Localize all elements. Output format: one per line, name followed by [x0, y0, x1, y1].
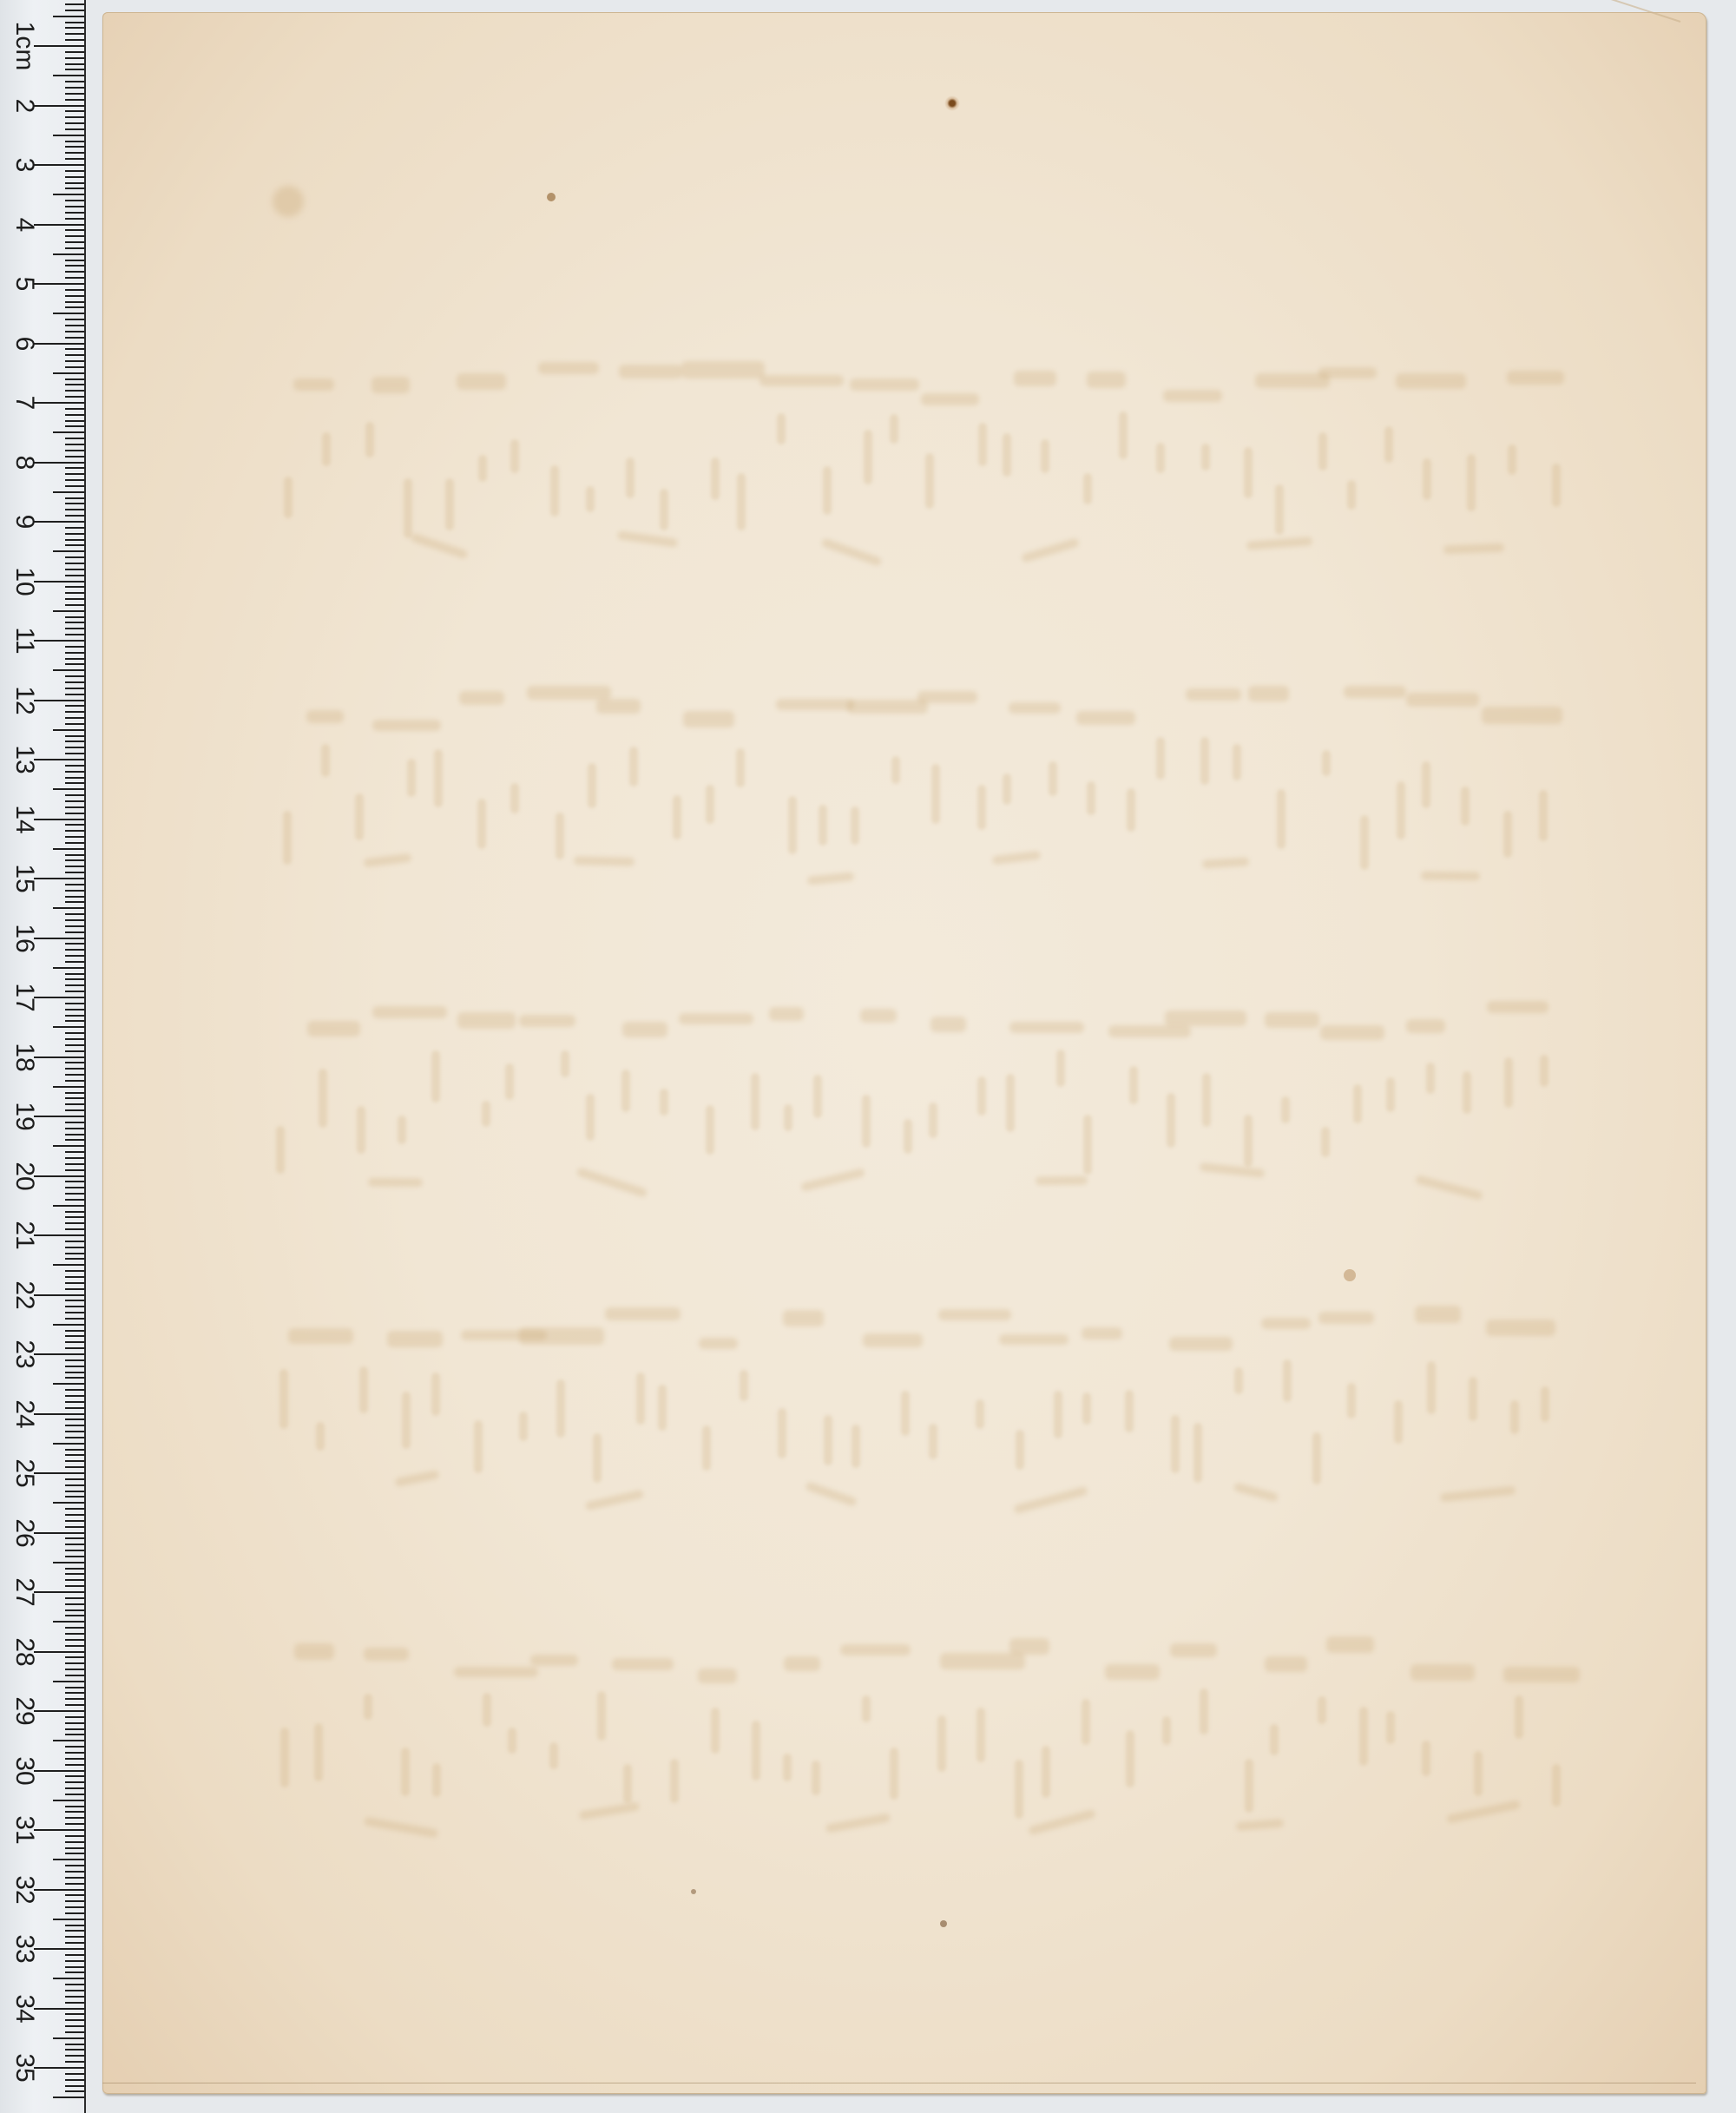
showthrough-note: [1539, 790, 1548, 840]
ruler-number: 3: [7, 148, 42, 182]
ruler-tick: [65, 1662, 84, 1664]
ruler-tick: [65, 241, 84, 243]
showthrough-beam: [387, 1331, 443, 1347]
ruler-number: 17: [7, 980, 42, 1015]
ruler-tick: [65, 622, 84, 623]
ruler-tick: [65, 694, 84, 695]
showthrough-note: [1322, 750, 1331, 776]
ruler-tick: [65, 473, 84, 475]
ruler-tick: [65, 782, 84, 784]
ruler-tick: [65, 1823, 84, 1825]
ruler-tick: [53, 848, 84, 850]
showthrough-note: [1082, 1392, 1091, 1425]
ruler-tick: [65, 1894, 84, 1896]
showthrough-note: [434, 749, 443, 807]
ruler-tick: [65, 1520, 84, 1522]
ruler-tick: [65, 1478, 84, 1480]
showthrough-note: [929, 1103, 937, 1139]
showthrough-slur: [411, 533, 470, 560]
showthrough-note: [1049, 761, 1057, 796]
stain-spot: [273, 186, 304, 217]
ruler-number: 29: [7, 1694, 42, 1728]
ruler-tick: [65, 628, 84, 629]
showthrough-note: [823, 466, 832, 515]
showthrough-note: [593, 1433, 602, 1483]
ruler-tick: [53, 907, 84, 909]
ruler-tick: [65, 1122, 84, 1123]
showthrough-note: [586, 1094, 595, 1141]
ruler-tick: [53, 16, 84, 17]
showthrough-music-system: [276, 633, 1569, 919]
ruler-tick: [65, 854, 84, 856]
showthrough-note: [357, 1106, 365, 1154]
ruler-tick: [65, 1781, 84, 1783]
showthrough-note: [706, 785, 714, 824]
ruler-tick: [65, 1579, 84, 1581]
showthrough-beam: [1009, 702, 1061, 713]
ruler-tick: [65, 467, 84, 469]
ruler-tick: [65, 955, 84, 957]
ruler-tick: [65, 1746, 84, 1748]
showthrough-note: [519, 1412, 528, 1441]
showthrough-note: [976, 1708, 985, 1761]
showthrough-note: [549, 1742, 558, 1769]
ruler-tick: [65, 10, 84, 11]
ruler-tick: [53, 1562, 84, 1563]
showthrough-note: [1426, 1063, 1435, 1094]
ruler-tick: [65, 87, 84, 89]
showthrough-beam: [683, 711, 733, 727]
showthrough-beam: [1170, 1643, 1217, 1656]
showthrough-beam: [612, 1658, 674, 1669]
ruler-tick: [65, 961, 84, 963]
showthrough-beam: [1318, 367, 1377, 378]
showthrough-beam: [863, 1333, 922, 1347]
showthrough-note: [1234, 1367, 1243, 1394]
showthrough-note: [937, 1715, 946, 1772]
ruler-tick: [65, 1038, 84, 1040]
showthrough-note: [1162, 1716, 1171, 1745]
ruler-number: 27: [7, 1575, 42, 1609]
ruler-tick: [65, 503, 84, 504]
showthrough-beam: [938, 1309, 1011, 1320]
showthrough-note: [478, 455, 487, 482]
showthrough-note: [977, 1076, 986, 1116]
ruler-tick: [65, 450, 84, 451]
showthrough-note: [925, 453, 934, 508]
ruler-tick: [65, 271, 84, 273]
ruler-tick: [65, 1568, 84, 1570]
showthrough-beam: [1410, 1664, 1475, 1681]
showthrough-note: [1200, 737, 1209, 785]
showthrough-note: [777, 413, 786, 444]
ruler-tick: [65, 1216, 84, 1218]
ruler-tick: [65, 925, 84, 927]
ruler-tick: [65, 1103, 84, 1105]
showthrough-note: [401, 1748, 410, 1795]
showthrough-note: [890, 1748, 898, 1800]
ruler-tick: [65, 1306, 84, 1307]
ruler-number: 8: [7, 445, 42, 480]
ruler-tick: [65, 1930, 84, 1932]
ruler-tick: [65, 1347, 84, 1349]
ruler-tick: [65, 1151, 84, 1153]
ruler-tick: [65, 2019, 84, 2021]
ruler-tick: [65, 896, 84, 898]
ruler-tick: [65, 1853, 84, 1854]
ruler-tick: [65, 1484, 84, 1486]
ruler-number: 18: [7, 1040, 42, 1075]
showthrough-note: [784, 1104, 792, 1131]
showthrough-slur: [1421, 871, 1481, 880]
showthrough-note: [316, 1422, 325, 1451]
ruler-tick: [65, 1139, 84, 1141]
ruler-tick: [65, 658, 84, 660]
ruler-number: 10: [7, 564, 42, 599]
showthrough-note: [851, 806, 859, 845]
ruler-tick: [65, 360, 84, 362]
showthrough-note: [505, 1063, 514, 1100]
ruler-tick: [65, 1312, 84, 1313]
ruler-tick: [65, 1669, 84, 1670]
ruler-tick: [65, 1092, 84, 1094]
showthrough-beam: [698, 1669, 737, 1683]
ruler-tick: [53, 610, 84, 612]
ruler-tick: [65, 800, 84, 802]
ruler-tick: [65, 1425, 84, 1426]
showthrough-beam: [1482, 707, 1562, 724]
showthrough-note: [1510, 1400, 1519, 1434]
ruler-tick: [65, 1603, 84, 1605]
showthrough-beam: [679, 1013, 753, 1024]
ruler-tick: [65, 3, 84, 5]
showthrough-note: [623, 1764, 632, 1803]
ruler-tick: [65, 1253, 84, 1254]
ruler-tick: [65, 1597, 84, 1599]
ruler-tick: [65, 1258, 84, 1260]
showthrough-note: [660, 489, 668, 530]
ruler-tick: [65, 1187, 84, 1188]
showthrough-note: [510, 783, 519, 813]
ruler-tick: [65, 1109, 84, 1111]
ruler-tick: [65, 1491, 84, 1492]
ruler-tick: [65, 99, 84, 101]
ruler-tick: [65, 866, 84, 867]
ruler-tick: [65, 1003, 84, 1004]
showthrough-note: [636, 1372, 645, 1425]
showthrough-slur: [578, 1802, 640, 1820]
ruler-tick: [65, 366, 84, 368]
showthrough-slur: [1236, 1819, 1285, 1831]
showthrough-note: [1171, 1415, 1180, 1473]
ruler-tick: [53, 372, 84, 374]
showthrough-beam: [619, 365, 683, 378]
ruler-tick: [65, 63, 84, 65]
showthrough-note: [702, 1425, 711, 1471]
ruler-tick: [65, 563, 84, 564]
ruler-tick: [65, 705, 84, 707]
showthrough-note: [736, 748, 745, 787]
ruler-tick: [53, 1502, 84, 1504]
showthrough-beam: [930, 1017, 966, 1032]
showthrough-beam: [530, 1655, 578, 1666]
showthrough-note: [788, 796, 797, 854]
showthrough-note: [1386, 1077, 1395, 1112]
showthrough-beam: [364, 1648, 409, 1661]
ruler-tick: [65, 806, 84, 808]
showthrough-beam: [519, 1327, 605, 1345]
ruler-tick: [65, 485, 84, 487]
showthrough-note: [1167, 1093, 1175, 1148]
showthrough-note: [314, 1723, 323, 1781]
ruler-tick: [65, 1728, 84, 1730]
ruler-tick: [65, 1639, 84, 1641]
ruler-tick: [65, 1954, 84, 1956]
showthrough-note: [1515, 1695, 1523, 1738]
showthrough-note: [1006, 1074, 1015, 1132]
showthrough-slur: [800, 1168, 865, 1192]
ruler-number: 6: [7, 326, 42, 361]
showthrough-note: [1461, 787, 1470, 826]
showthrough-beam: [288, 1328, 353, 1344]
showthrough-note: [977, 785, 986, 830]
showthrough-note: [1318, 1696, 1326, 1725]
ruler-tick: [65, 116, 84, 118]
ruler-tick: [65, 813, 84, 814]
showthrough-note: [976, 1399, 984, 1429]
ruler-tick: [65, 1288, 84, 1290]
ruler-tick: [65, 1675, 84, 1676]
ruler-number: 21: [7, 1218, 42, 1253]
ruler-tick: [65, 218, 84, 220]
showthrough-beam: [681, 361, 765, 378]
ruler-tick: [65, 1419, 84, 1420]
ruler-tick: [65, 1193, 84, 1195]
ruler-number: 28: [7, 1635, 42, 1669]
showthrough-note: [508, 1728, 516, 1754]
showthrough-beam: [459, 691, 504, 705]
ruler-tick: [65, 1573, 84, 1575]
showthrough-note: [1467, 454, 1476, 511]
ruler-tick: [65, 1401, 84, 1403]
showthrough-slur: [1443, 543, 1504, 555]
showthrough-beam: [1014, 371, 1056, 386]
showthrough-note: [1003, 433, 1011, 477]
showthrough-note: [901, 1391, 910, 1437]
showthrough-note: [1087, 781, 1095, 815]
ruler-tick: [65, 1282, 84, 1284]
ruler-tick: [65, 901, 84, 903]
ruler-tick: [65, 675, 84, 677]
ruler-tick: [65, 2044, 84, 2045]
ruler-tick: [65, 1966, 84, 1968]
ruler-tick: [65, 141, 84, 142]
ruler-tick: [65, 1068, 84, 1070]
ruler-tick: [65, 1134, 84, 1135]
showthrough-note: [1201, 444, 1210, 470]
showthrough-slur: [821, 538, 883, 568]
ruler-tick: [65, 182, 84, 184]
ruler-tick: [65, 1157, 84, 1159]
showthrough-note: [1503, 811, 1512, 858]
ruler-tick: [65, 663, 84, 665]
ruler-tick: [65, 1841, 84, 1843]
ruler-tick: [65, 425, 84, 427]
ruler-tick: [65, 943, 84, 945]
ruler-number: 25: [7, 1456, 42, 1491]
ruler-tick: [65, 2090, 84, 2092]
showthrough-slur: [806, 872, 853, 885]
ruler-tick: [65, 544, 84, 546]
showthrough-beam: [1105, 1664, 1160, 1680]
ruler-tick: [53, 1800, 84, 1801]
showthrough-note: [931, 764, 940, 824]
showthrough-note: [1054, 1391, 1062, 1438]
ruler-tick: [53, 1264, 84, 1266]
showthrough-slur: [368, 1177, 423, 1186]
ruler-tick: [65, 1222, 84, 1224]
ruler-tick: [65, 1330, 84, 1332]
stain-spot: [691, 1889, 696, 1894]
ruler-number: 35: [7, 2050, 42, 2085]
showthrough-note: [929, 1424, 937, 1460]
ruler-tick: [65, 1984, 84, 1985]
ruler-tick: [53, 1740, 84, 1741]
showthrough-music-system: [276, 1583, 1569, 1870]
showthrough-beam: [1076, 711, 1134, 725]
ruler-tick: [65, 22, 84, 23]
ruler-tick: [65, 1971, 84, 1973]
ruler-tick: [65, 1128, 84, 1129]
showthrough-beam: [1507, 371, 1564, 385]
showthrough-beam: [860, 1009, 897, 1023]
showthrough-beam: [307, 1021, 360, 1037]
ruler-tick: [53, 1978, 84, 1979]
showthrough-beam: [940, 1653, 1024, 1669]
ruler-number: 33: [7, 1932, 42, 1966]
showthrough-note: [1003, 773, 1011, 805]
ruler-tick: [65, 890, 84, 892]
ruler-tick: [65, 2049, 84, 2050]
showthrough-beam: [1186, 688, 1241, 701]
ruler-tick: [65, 836, 84, 838]
showthrough-note: [431, 1372, 440, 1416]
showthrough-note: [1423, 458, 1431, 500]
ruler-tick: [65, 1794, 84, 1795]
showthrough-note: [1016, 1430, 1024, 1470]
showthrough-note: [432, 1763, 441, 1797]
ruler-tick: [65, 497, 84, 499]
ruler-tick: [53, 1086, 84, 1088]
ruler-tick: [65, 771, 84, 773]
ruler-tick: [65, 527, 84, 529]
ruler-tick: [53, 75, 84, 76]
ruler-tick: [53, 550, 84, 552]
showthrough-note: [474, 1420, 483, 1473]
showthrough-beam: [1487, 1001, 1549, 1013]
ruler-number: 20: [7, 1159, 42, 1194]
ruler-tick: [53, 1026, 84, 1028]
ruler-tick: [53, 2097, 84, 2098]
showthrough-note: [1281, 1096, 1290, 1124]
ruler-tick: [65, 235, 84, 237]
showthrough-note: [1474, 1751, 1483, 1796]
ruler-tick: [65, 128, 84, 130]
ruler-tick: [65, 27, 84, 29]
ruler-tick: [65, 39, 84, 41]
ruler-number: 32: [7, 1873, 42, 1907]
showthrough-note: [670, 1759, 679, 1803]
showthrough-note: [561, 1050, 569, 1077]
ruler-tick: [65, 1806, 84, 1807]
showthrough-note: [365, 422, 374, 457]
showthrough-beam: [1248, 686, 1290, 701]
showthrough-beam: [850, 378, 919, 391]
showthrough-note: [1360, 815, 1369, 871]
ruler-tick: [53, 135, 84, 136]
ruler-tick: [65, 2085, 84, 2087]
ruler-tick: [65, 152, 84, 154]
ruler-tick: [53, 431, 84, 433]
ruler-tick: [65, 1775, 84, 1777]
ruler-tick: [53, 491, 84, 493]
showthrough-beam: [596, 699, 641, 714]
ruler-tick: [65, 1871, 84, 1873]
showthrough-note: [1384, 426, 1393, 463]
ruler-tick: [65, 1514, 84, 1516]
showthrough-note: [783, 1754, 792, 1781]
ruler-tick: [65, 931, 84, 933]
ruler-tick: [65, 747, 84, 748]
showthrough-slur: [1233, 1482, 1279, 1503]
showthrough-note: [556, 1379, 565, 1438]
ruler-tick: [65, 753, 84, 754]
showthrough-beam: [1169, 1337, 1233, 1351]
ruler-tick: [65, 2061, 84, 2063]
showthrough-note: [431, 1050, 440, 1103]
showthrough-note: [1321, 1127, 1330, 1157]
ruler-tick: [65, 592, 84, 594]
showthrough-note: [891, 756, 900, 784]
showthrough-slur: [1036, 1176, 1088, 1186]
showthrough-note: [1042, 1746, 1050, 1798]
ruler-tick: [65, 1395, 84, 1397]
ruler-tick: [65, 1996, 84, 1998]
ruler-tick: [65, 1377, 84, 1379]
ruler-tick: [65, 1687, 84, 1688]
showthrough-beam: [699, 1338, 739, 1350]
ruler-tick: [65, 295, 84, 297]
ruler-tick: [65, 325, 84, 326]
ruler-tick: [65, 81, 84, 82]
ruler-tick: [65, 1074, 84, 1076]
showthrough-beam: [306, 710, 344, 723]
showthrough-slur: [1029, 1808, 1097, 1835]
showthrough-beam: [1163, 390, 1222, 402]
showthrough-note: [1244, 447, 1253, 499]
ruler-number: 7: [7, 385, 42, 420]
ruler-tick: [65, 1009, 84, 1010]
ruler-tick: [65, 348, 84, 350]
ruler-number: 24: [7, 1397, 42, 1432]
ruler-tick: [65, 1835, 84, 1837]
ruler-tick: [65, 973, 84, 975]
ruler-tick: [65, 1466, 84, 1468]
showthrough-note: [751, 1073, 759, 1129]
ruler-tick: [65, 1936, 84, 1938]
ruler-tick: [65, 1811, 84, 1813]
ruler-number: 16: [7, 921, 42, 956]
